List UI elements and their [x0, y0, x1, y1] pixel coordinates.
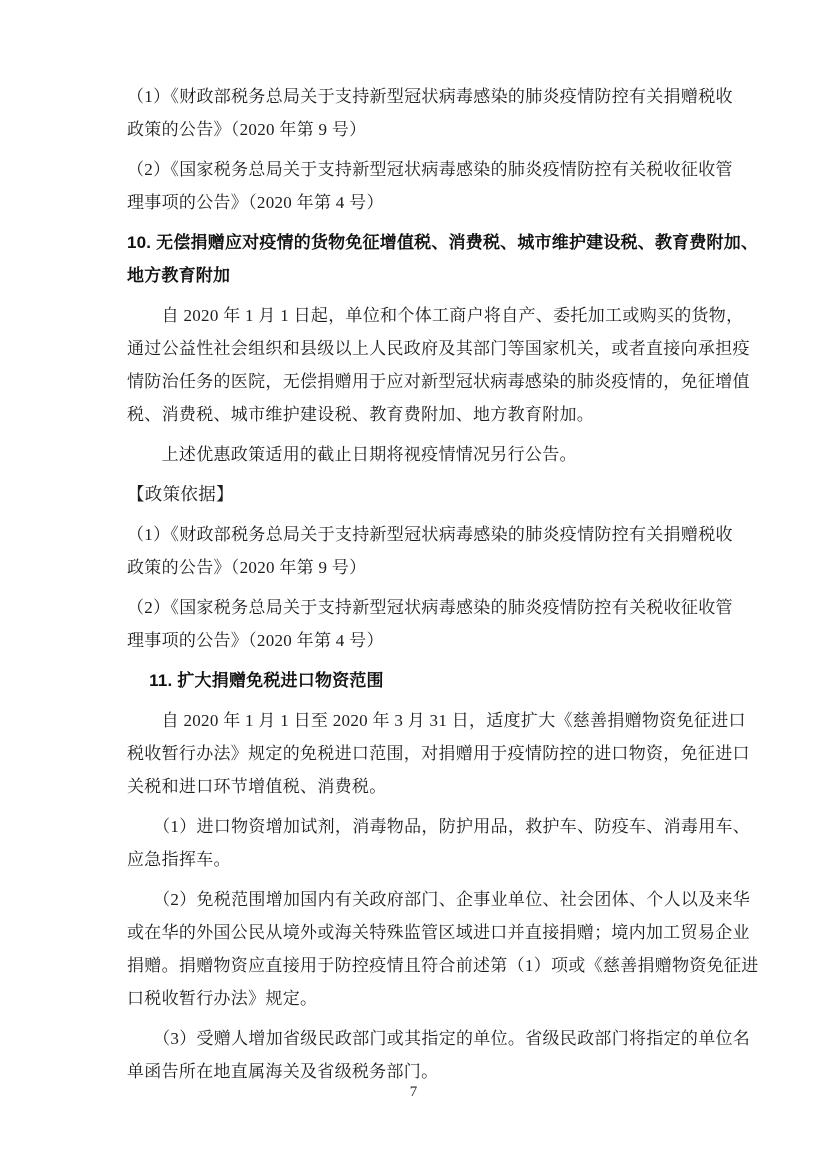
policy-reference-item: （1）《财政部税务总局关于支持新型冠状病毒感染的肺炎疫情防控有关捐赠税收政策的公…	[127, 80, 719, 146]
text-line: 税、消费税、城市维护建设税、教育费附加、地方教育附加。	[127, 398, 719, 431]
paragraph: 上述优惠政策适用的截止日期将视疫情情况另行公告。	[127, 438, 719, 471]
text-line: 上述优惠政策适用的截止日期将视疫情情况另行公告。	[127, 438, 719, 471]
text-line: （2）《国家税务总局关于支持新型冠状病毒感染的肺炎疫情防控有关税收征收管	[127, 591, 719, 624]
text-line: 自 2020 年 1 月 1 日起，单位和个体工商户将自产、委托加工或购买的货物…	[127, 299, 719, 332]
text-line: 税收暂行办法》规定的免税进口范围，对捐赠用于疫情防控的进口物资，免征进口	[127, 737, 719, 770]
page-number: 7	[0, 1082, 827, 1102]
text-line: 关税和进口环节增值税、消费税。	[127, 770, 719, 803]
paragraph: （1）进口物资增加试剂，消毒物品，防护用品，救护车、防疫车、消毒用车、应急指挥车…	[127, 810, 719, 876]
text-line: （2）免税范围增加国内有关政府部门、企事业单位、社会团体、个人以及来华	[127, 883, 719, 916]
policy-reference-item: （1）《财政部税务总局关于支持新型冠状病毒感染的肺炎疫情防控有关捐赠税收政策的公…	[127, 518, 719, 584]
text-line: 口税收暂行办法》规定。	[127, 982, 719, 1015]
text-line: 捐赠。捐赠物资应直接用于防控疫情且符合前述第（1）项或《慈善捐赠物资免征进	[127, 949, 719, 982]
text-line: （1）《财政部税务总局关于支持新型冠状病毒感染的肺炎疫情防控有关捐赠税收	[127, 518, 719, 551]
text-line: （2）《国家税务总局关于支持新型冠状病毒感染的肺炎疫情防控有关税收征收管	[127, 153, 719, 186]
paragraph: 自 2020 年 1 月 1 日起，单位和个体工商户将自产、委托加工或购买的货物…	[127, 299, 719, 431]
text-line: 10. 无偿捐赠应对疫情的货物免征增值税、消费税、城市维护建设税、教育费附加、	[127, 226, 719, 259]
text-line: 【政策依据】	[127, 478, 719, 511]
policy-reference-item: （2）《国家税务总局关于支持新型冠状病毒感染的肺炎疫情防控有关税收征收管理事项的…	[127, 591, 719, 657]
document-page: （1）《财政部税务总局关于支持新型冠状病毒感染的肺炎疫情防控有关捐赠税收政策的公…	[0, 0, 827, 1170]
text-line: 自 2020 年 1 月 1 日至 2020 年 3 月 31 日，适度扩大《慈…	[127, 704, 719, 737]
section-heading: 10. 无偿捐赠应对疫情的货物免征增值税、消费税、城市维护建设税、教育费附加、地…	[127, 226, 719, 292]
section-label: 【政策依据】	[127, 478, 719, 511]
paragraph: （3）受赠人增加省级民政部门或其指定的单位。省级民政部门将指定的单位名单函告所在…	[127, 1022, 719, 1088]
document-blocks: （1）《财政部税务总局关于支持新型冠状病毒感染的肺炎疫情防控有关捐赠税收政策的公…	[127, 80, 719, 1088]
text-line: （1）进口物资增加试剂，消毒物品，防护用品，救护车、防疫车、消毒用车、	[127, 810, 719, 843]
policy-reference-item: （2）《国家税务总局关于支持新型冠状病毒感染的肺炎疫情防控有关税收征收管理事项的…	[127, 153, 719, 219]
text-line: 理事项的公告》（2020 年第 4 号）	[127, 624, 719, 657]
text-line: （3）受赠人增加省级民政部门或其指定的单位。省级民政部门将指定的单位名	[127, 1022, 719, 1055]
text-line: 理事项的公告》（2020 年第 4 号）	[127, 186, 719, 219]
text-line: 11. 扩大捐赠免税进口物资范围	[127, 664, 719, 697]
text-line: 应急指挥车。	[127, 843, 719, 876]
text-line: 地方教育附加	[127, 259, 719, 292]
paragraph: （2）免税范围增加国内有关政府部门、企事业单位、社会团体、个人以及来华或在华的外…	[127, 883, 719, 1015]
text-line: 情防治任务的医院，无偿捐赠用于应对新型冠状病毒感染的肺炎疫情的，免征增值	[127, 365, 719, 398]
text-line: 政策的公告》（2020 年第 9 号）	[127, 551, 719, 584]
paragraph: 自 2020 年 1 月 1 日至 2020 年 3 月 31 日，适度扩大《慈…	[127, 704, 719, 803]
text-line: 或在华的外国公民从境外或海关特殊监管区域进口并直接捐赠；境内加工贸易企业	[127, 916, 719, 949]
section-heading: 11. 扩大捐赠免税进口物资范围	[127, 664, 719, 697]
text-line: 政策的公告》（2020 年第 9 号）	[127, 113, 719, 146]
text-line: 通过公益性社会组织和县级以上人民政府及其部门等国家机关，或者直接向承担疫	[127, 332, 719, 365]
text-line: （1）《财政部税务总局关于支持新型冠状病毒感染的肺炎疫情防控有关捐赠税收	[127, 80, 719, 113]
